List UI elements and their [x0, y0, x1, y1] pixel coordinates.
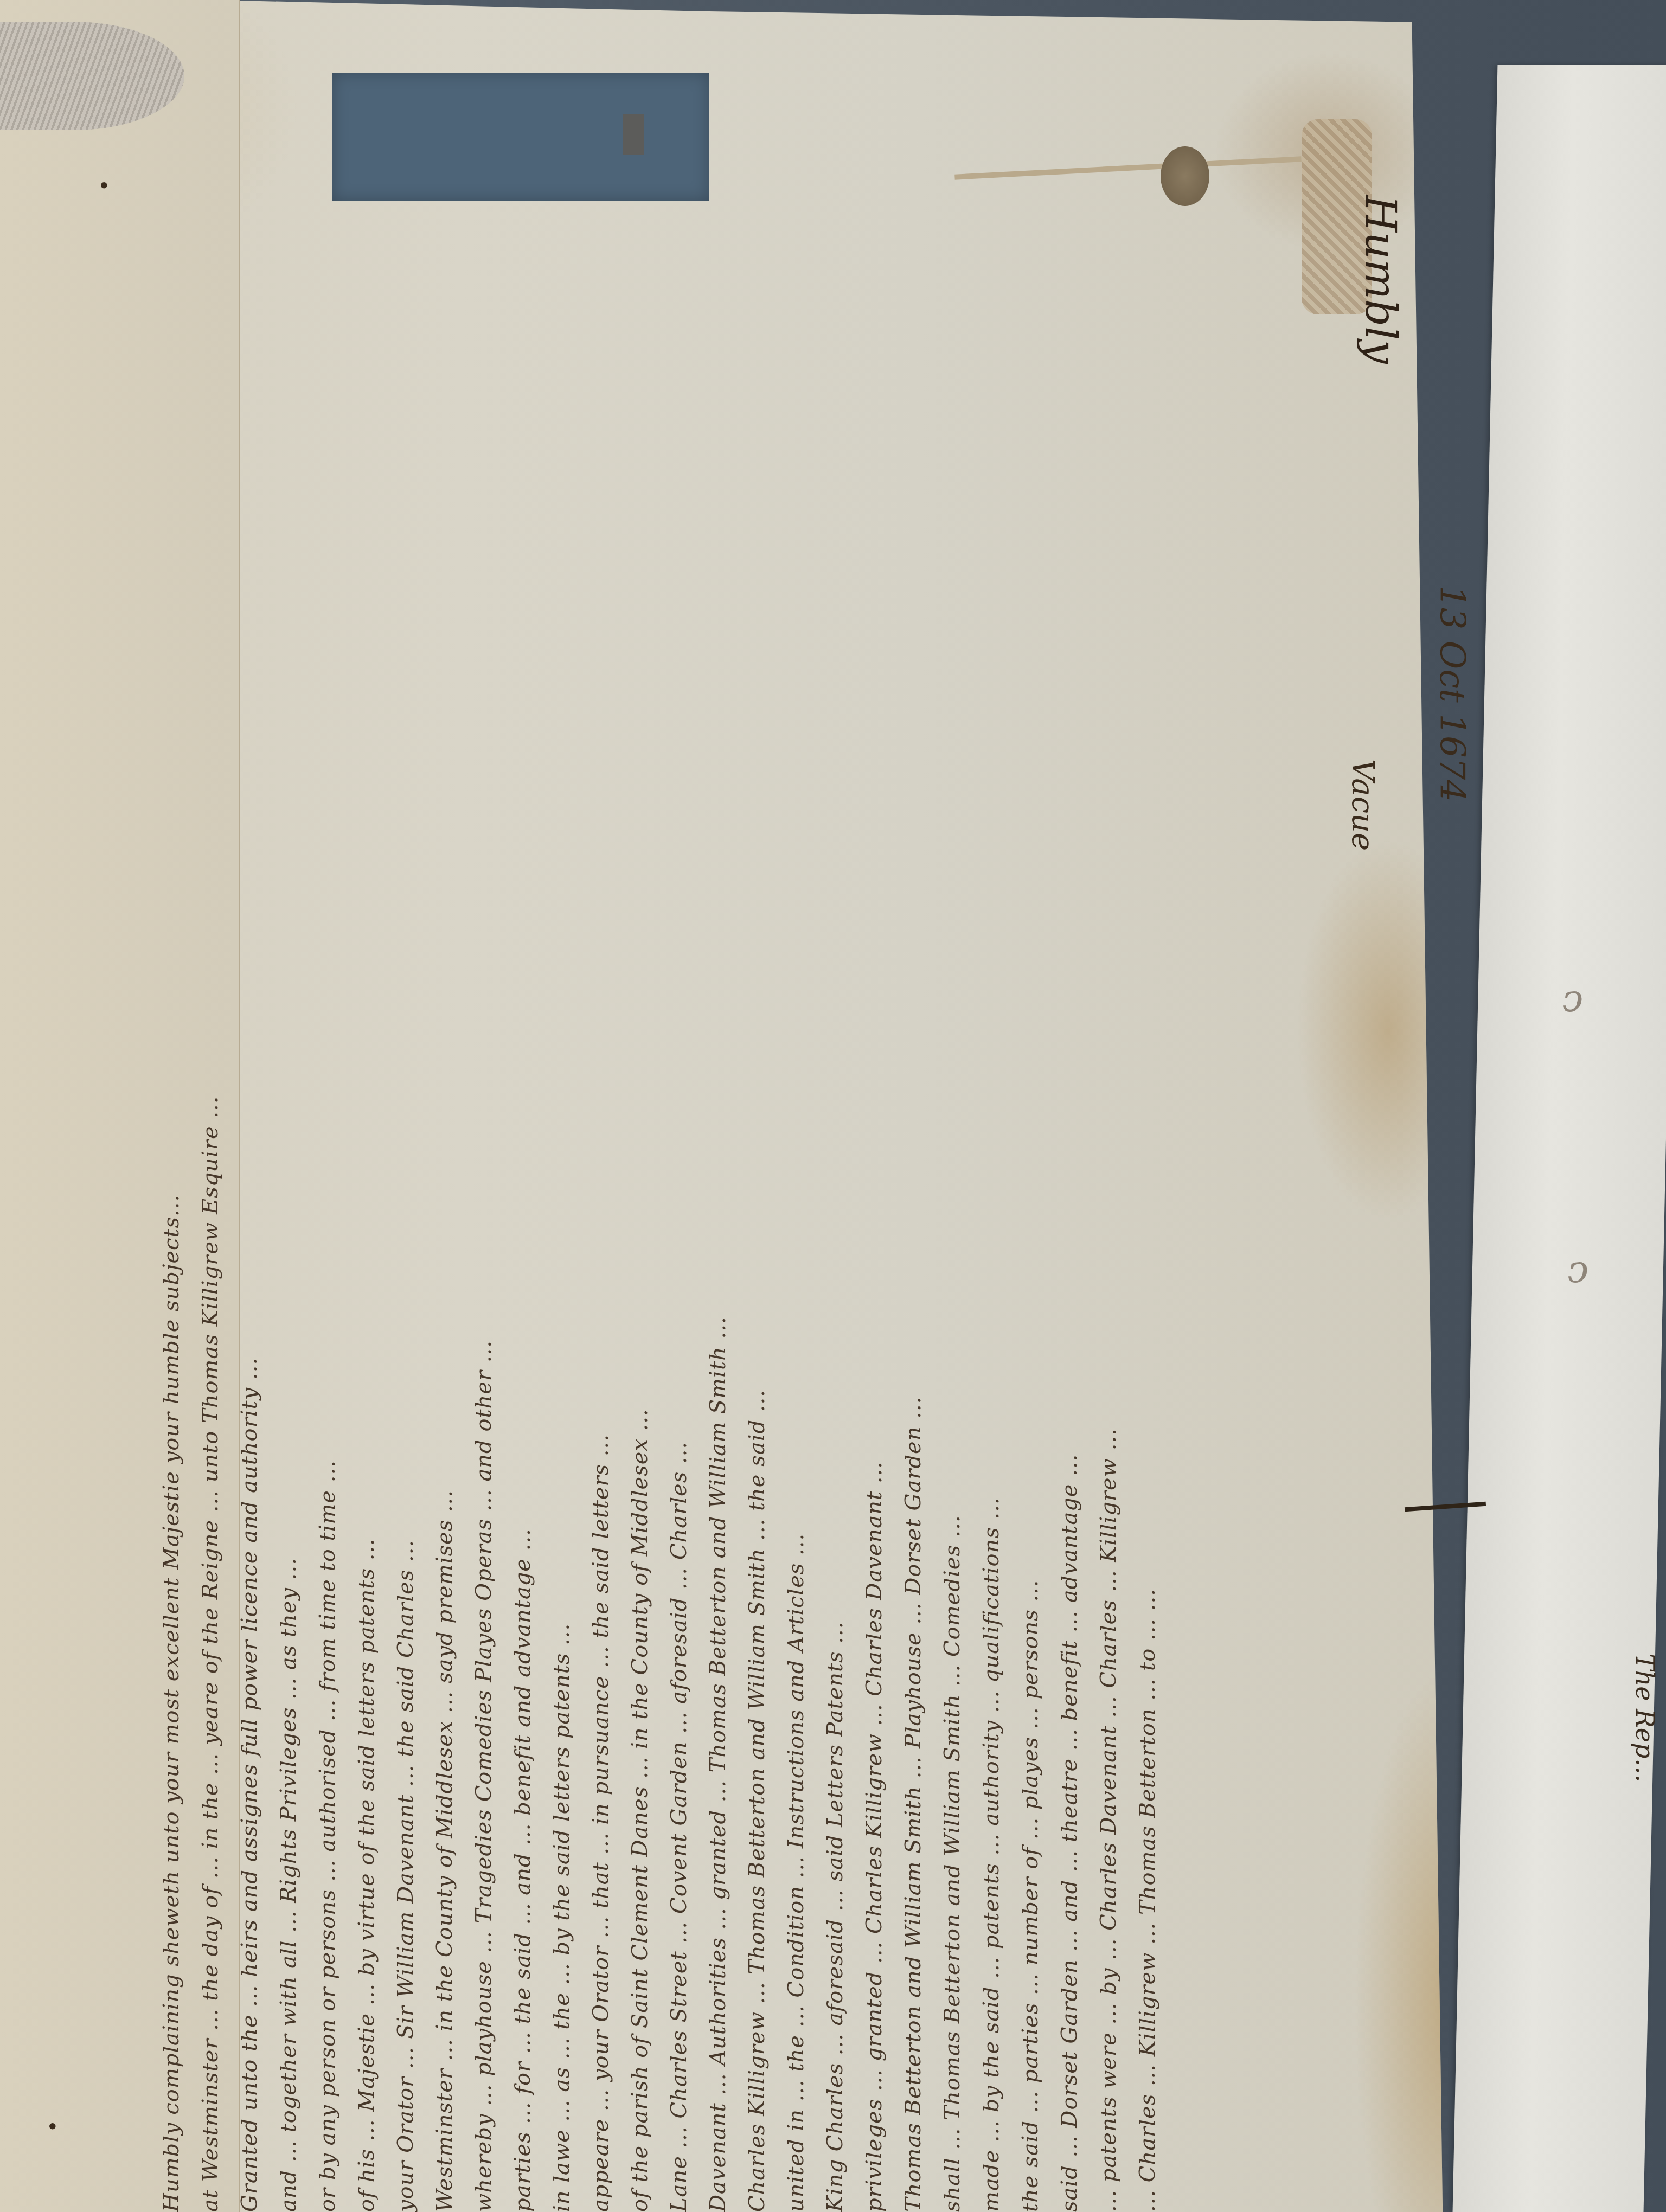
manuscript-line: in lawe ... as ... the ... by the said l…	[542, 206, 581, 2212]
manuscript-line: King Charles ... aforesaid ... said Lett…	[816, 206, 855, 2212]
manuscript-line: of his ... Majestie ... by virtue of the…	[347, 206, 386, 2212]
manuscript-line: united in ... the ... Condition ... Inst…	[777, 206, 816, 2212]
manuscript-line: ... Charles ... Killigrew ... Thomas Bet…	[1128, 206, 1167, 2212]
manuscript-line: Charles Killigrew ... Thomas Betterton a…	[738, 206, 777, 2212]
manuscript-line: the said ... parties ... number of ... p…	[1011, 206, 1050, 2212]
manuscript-line: parties ... for ... the said ... and ...…	[503, 206, 542, 2212]
small-stamp	[623, 114, 644, 155]
manuscript-line: Davenant ... Authorities ... granted ...…	[699, 206, 738, 2212]
manuscript-line: made ... by the said ... patents ... aut…	[972, 206, 1011, 2212]
manuscript-line: and ... together with all ... Rights Pri…	[269, 206, 308, 2212]
edge-note: The Rep...	[1627, 1654, 1659, 1782]
manuscript-line: your Orator ... Sir William Davenant ...…	[386, 206, 425, 2212]
manuscript-line: shall ... Thomas Betterton and William S…	[933, 206, 972, 2212]
manuscript-line: ... patents were ... by ... Charles Dave…	[1089, 206, 1128, 2212]
margin-dot: •	[46, 2114, 59, 2139]
manuscript-line: Westminster ... in the County of Middles…	[425, 206, 464, 2212]
manuscript-line: Lane ... Charles Street ... Covent Garde…	[659, 206, 699, 2212]
manuscript-line: appeare ... your Orator ... that ... in …	[581, 206, 620, 2212]
blue-paper-patch	[332, 73, 709, 201]
manuscript-line: at Westminster ... the day of ... in the…	[191, 206, 230, 2212]
manuscript-line: whereby ... playhouse ... Tragedies Come…	[464, 206, 503, 2212]
document-heading: Humbly	[1356, 195, 1405, 364]
manuscript-line: Thomas Betterton and William Smith ... P…	[894, 206, 933, 2212]
manuscript-line: privileges ... granted ... Charles Killi…	[855, 206, 894, 2212]
underlying-mark: ↄ	[1562, 976, 1583, 1020]
underlying-mark: ↄ	[1567, 1247, 1588, 1291]
tie-knot	[1161, 146, 1209, 206]
date-annotation: 13 Oct 1674	[1432, 586, 1472, 802]
manuscript-line: of the parish of Saint Clement Danes ...…	[620, 206, 659, 2212]
manuscript-line: or by any person or persons ... authoris…	[308, 206, 347, 2212]
manuscript-line: said ... Dorset Garden ... and ... theat…	[1050, 206, 1089, 2212]
manuscript-line: Granted unto the ... heirs and assignes …	[230, 206, 269, 2212]
margin-dot: •	[98, 173, 111, 198]
manuscript-body: Humbly complaining sheweth unto your mos…	[152, 206, 1356, 2212]
manuscript-line: Humbly complaining sheweth unto your mos…	[152, 206, 191, 2212]
